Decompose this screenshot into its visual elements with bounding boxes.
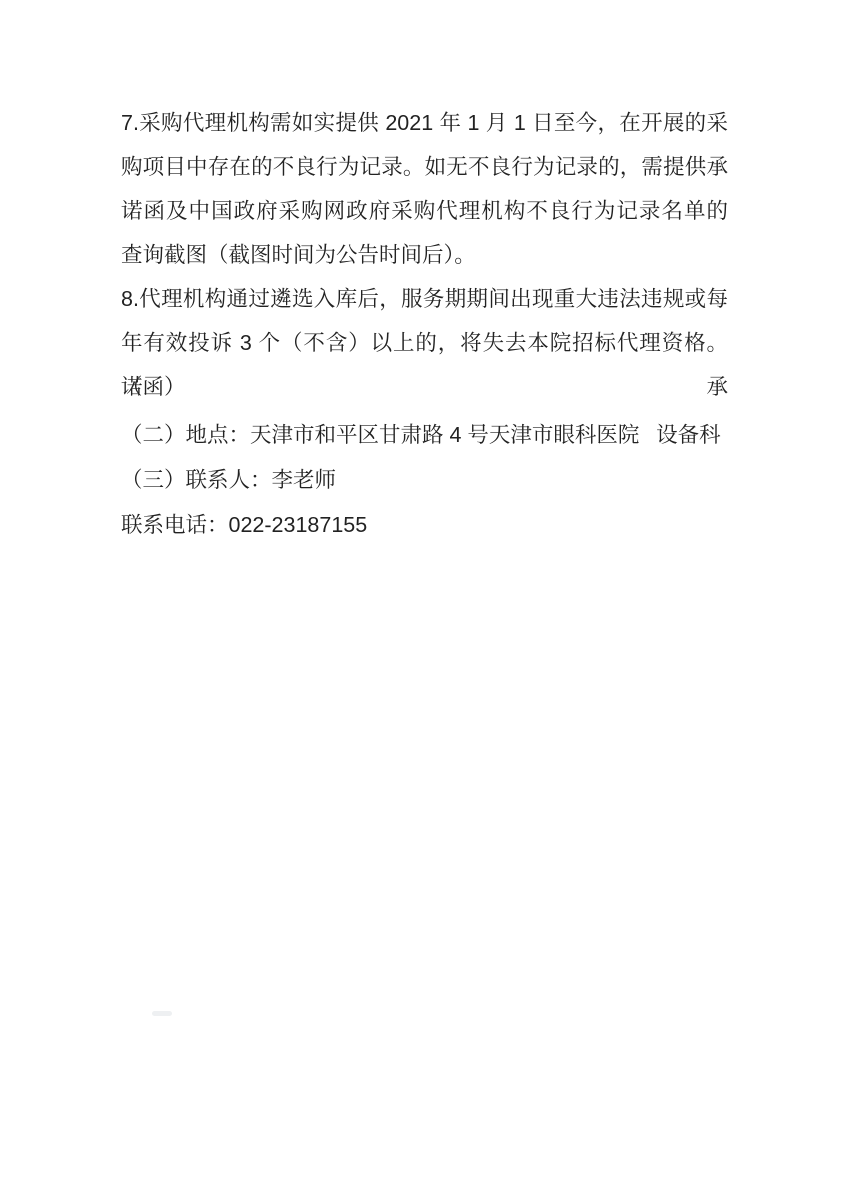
clause-7-line-2: 购项目中存在的不良行为记录。如无不良行为记录的，需提供承 (121, 145, 728, 189)
contact-person-line: （三）联系人：李老师 (121, 458, 728, 502)
contact-phone: 联系电话：022-23187155 (121, 503, 728, 547)
document-page: 7.采购代理机构需如实提供 2021 年 1 月 1 日至今，在开展的采 购项目… (0, 0, 848, 1200)
clause-8-line-1: 8.代理机构通过遴选入库后，服务期期间出现重大违法违规或每 (121, 277, 728, 321)
clause-7-line-4: 查询截图（截图时间为公告时间后）。 (121, 233, 728, 277)
clause-8: 8.代理机构通过遴选入库后，服务期期间出现重大违法违规或每 年有效投诉 3 个（… (121, 277, 728, 409)
contact-phone-line: 联系电话：022-23187155 (121, 503, 728, 547)
clause-7-line-1: 7.采购代理机构需如实提供 2021 年 1 月 1 日至今，在开展的采 (121, 101, 728, 145)
clause-7: 7.采购代理机构需如实提供 2021 年 1 月 1 日至今，在开展的采 购项目… (121, 101, 728, 277)
clause-8-line-2: 年有效投诉 3 个（不含）以上的，将失去本院招标代理资格。（承 (121, 321, 728, 365)
clause-7-line-3: 诺函及中国政府采购网政府采购代理机构不良行为记录名单的 (121, 189, 728, 233)
document-body: 7.采购代理机构需如实提供 2021 年 1 月 1 日至今，在开展的采 购项目… (121, 101, 728, 547)
scan-artifact (152, 1011, 172, 1016)
meeting-location: （二）地点：天津市和平区甘肃路 4 号天津市眼科医院 设备科 (121, 413, 728, 457)
contact-person: （三）联系人：李老师 (121, 458, 728, 502)
meeting-location-line: （二）地点：天津市和平区甘肃路 4 号天津市眼科医院 设备科 (121, 413, 728, 457)
